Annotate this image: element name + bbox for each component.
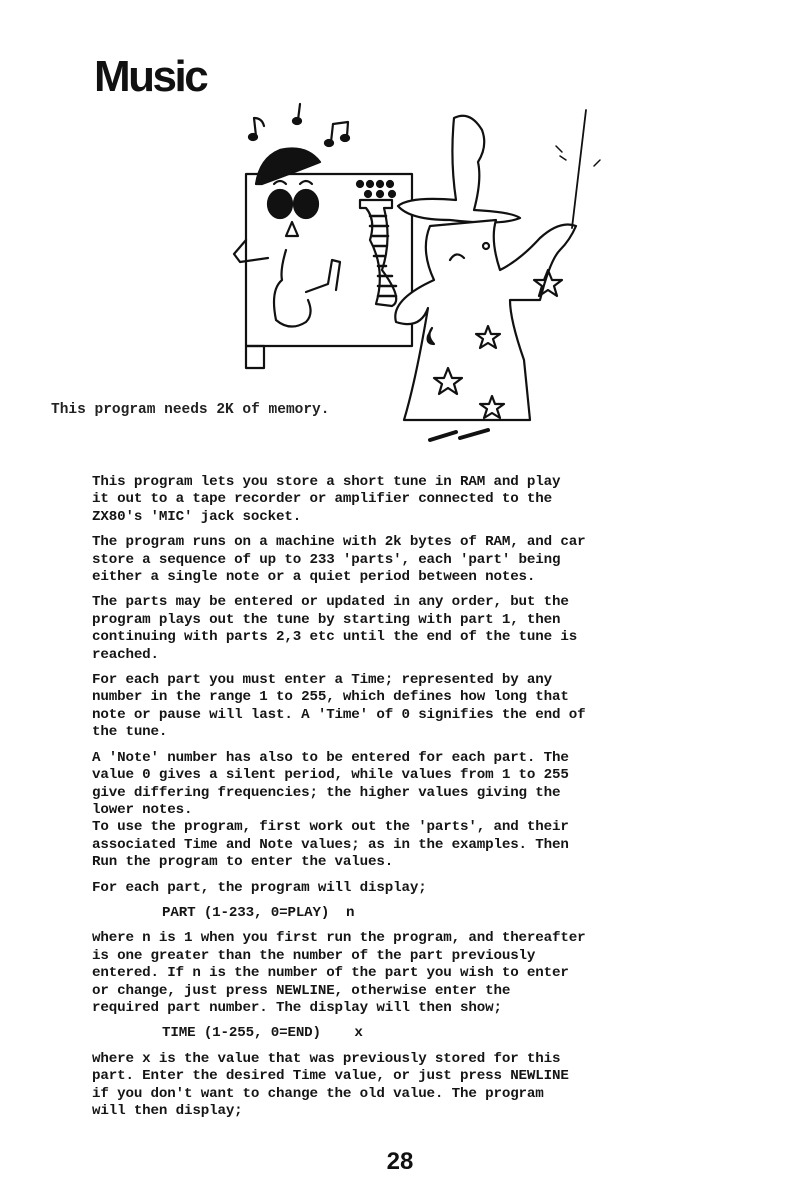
paragraph: For each part, the program will display; — [92, 880, 692, 897]
page-number: 28 — [0, 1148, 800, 1176]
paragraph: This program lets you store a short tune… — [92, 474, 692, 526]
paragraph: where n is 1 when you first run the prog… — [92, 930, 692, 1017]
paragraph: The parts may be entered or updated in a… — [92, 594, 692, 664]
wizard-computer-illustration — [220, 100, 620, 450]
paragraph: where x is the value that was previously… — [92, 1051, 692, 1121]
paragraph: The program runs on a machine with 2k by… — [92, 534, 692, 586]
page-title: Music — [94, 52, 206, 102]
music-notes-icon — [249, 104, 349, 146]
paragraph: A 'Note' number has also to be entered f… — [92, 750, 692, 820]
code-line-part-prompt: PART (1-233, 0=PLAY) n — [162, 905, 692, 922]
article-body: This program lets you store a short tune… — [92, 474, 692, 1128]
memory-requirement-note: This program needs 2K of memory. — [51, 402, 329, 418]
paragraph: For each part you must enter a Time; rep… — [92, 672, 692, 742]
code-line-time-prompt: TIME (1-255, 0=END) x — [162, 1025, 692, 1042]
paragraph: To use the program, first work out the '… — [92, 819, 692, 871]
